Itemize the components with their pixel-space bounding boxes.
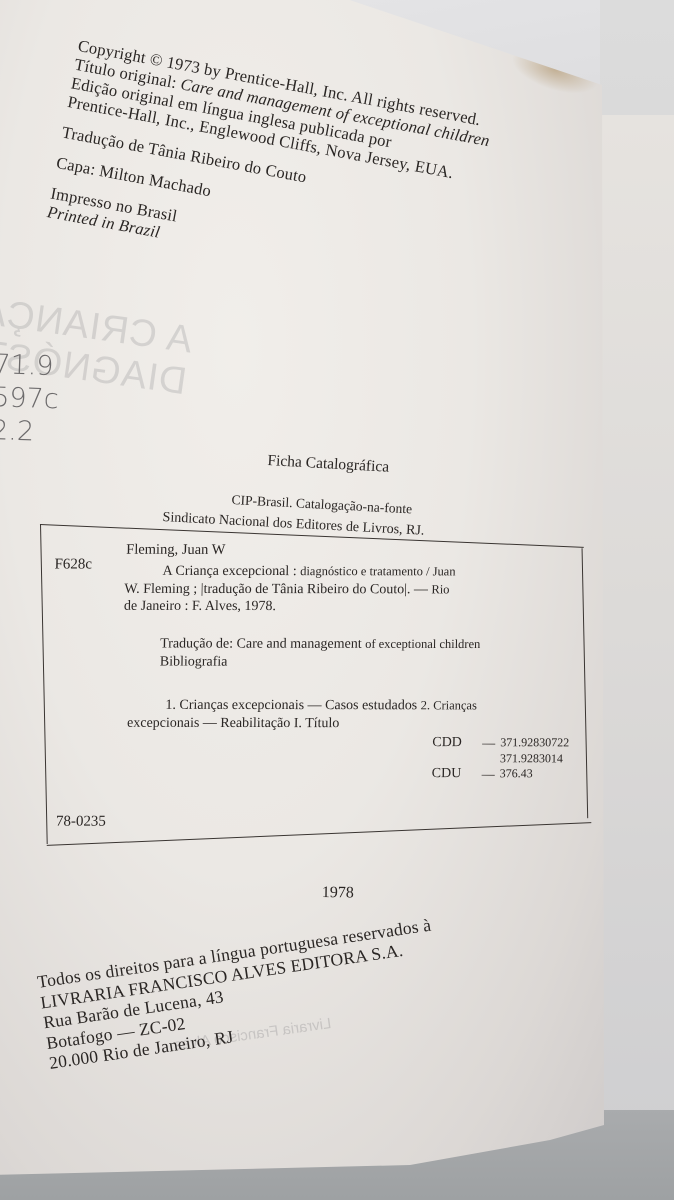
classification-codes: CDD — 371.92830722 371.9283014 CDU — 376… (432, 735, 570, 782)
cdu-row: CDU — 376.43 (432, 766, 569, 782)
catalog-card: F628c Fleming, Juan W A Criança excepcio… (40, 503, 588, 834)
cdd-row: CDD — 371.92830722 (432, 735, 569, 751)
card-author: Fleming, Juan W (126, 542, 225, 559)
cdd-row-2: 371.9283014 (432, 751, 569, 767)
next-page-edge (600, 115, 674, 1125)
publication-year: 1978 (322, 884, 354, 903)
control-number: 78-0235 (56, 814, 106, 831)
call-number: F628c (54, 556, 92, 573)
card-border-top (40, 524, 584, 548)
handwritten-call-number: 71.9 597c 2.2 (0, 348, 60, 449)
card-subjects: 1. Crianças excepcionais — Casos estudad… (127, 697, 477, 733)
card-entry: A Criança excepcional : diagnóstico e tr… (124, 563, 545, 616)
card-notes: Tradução de: Care and management of exce… (160, 635, 481, 671)
